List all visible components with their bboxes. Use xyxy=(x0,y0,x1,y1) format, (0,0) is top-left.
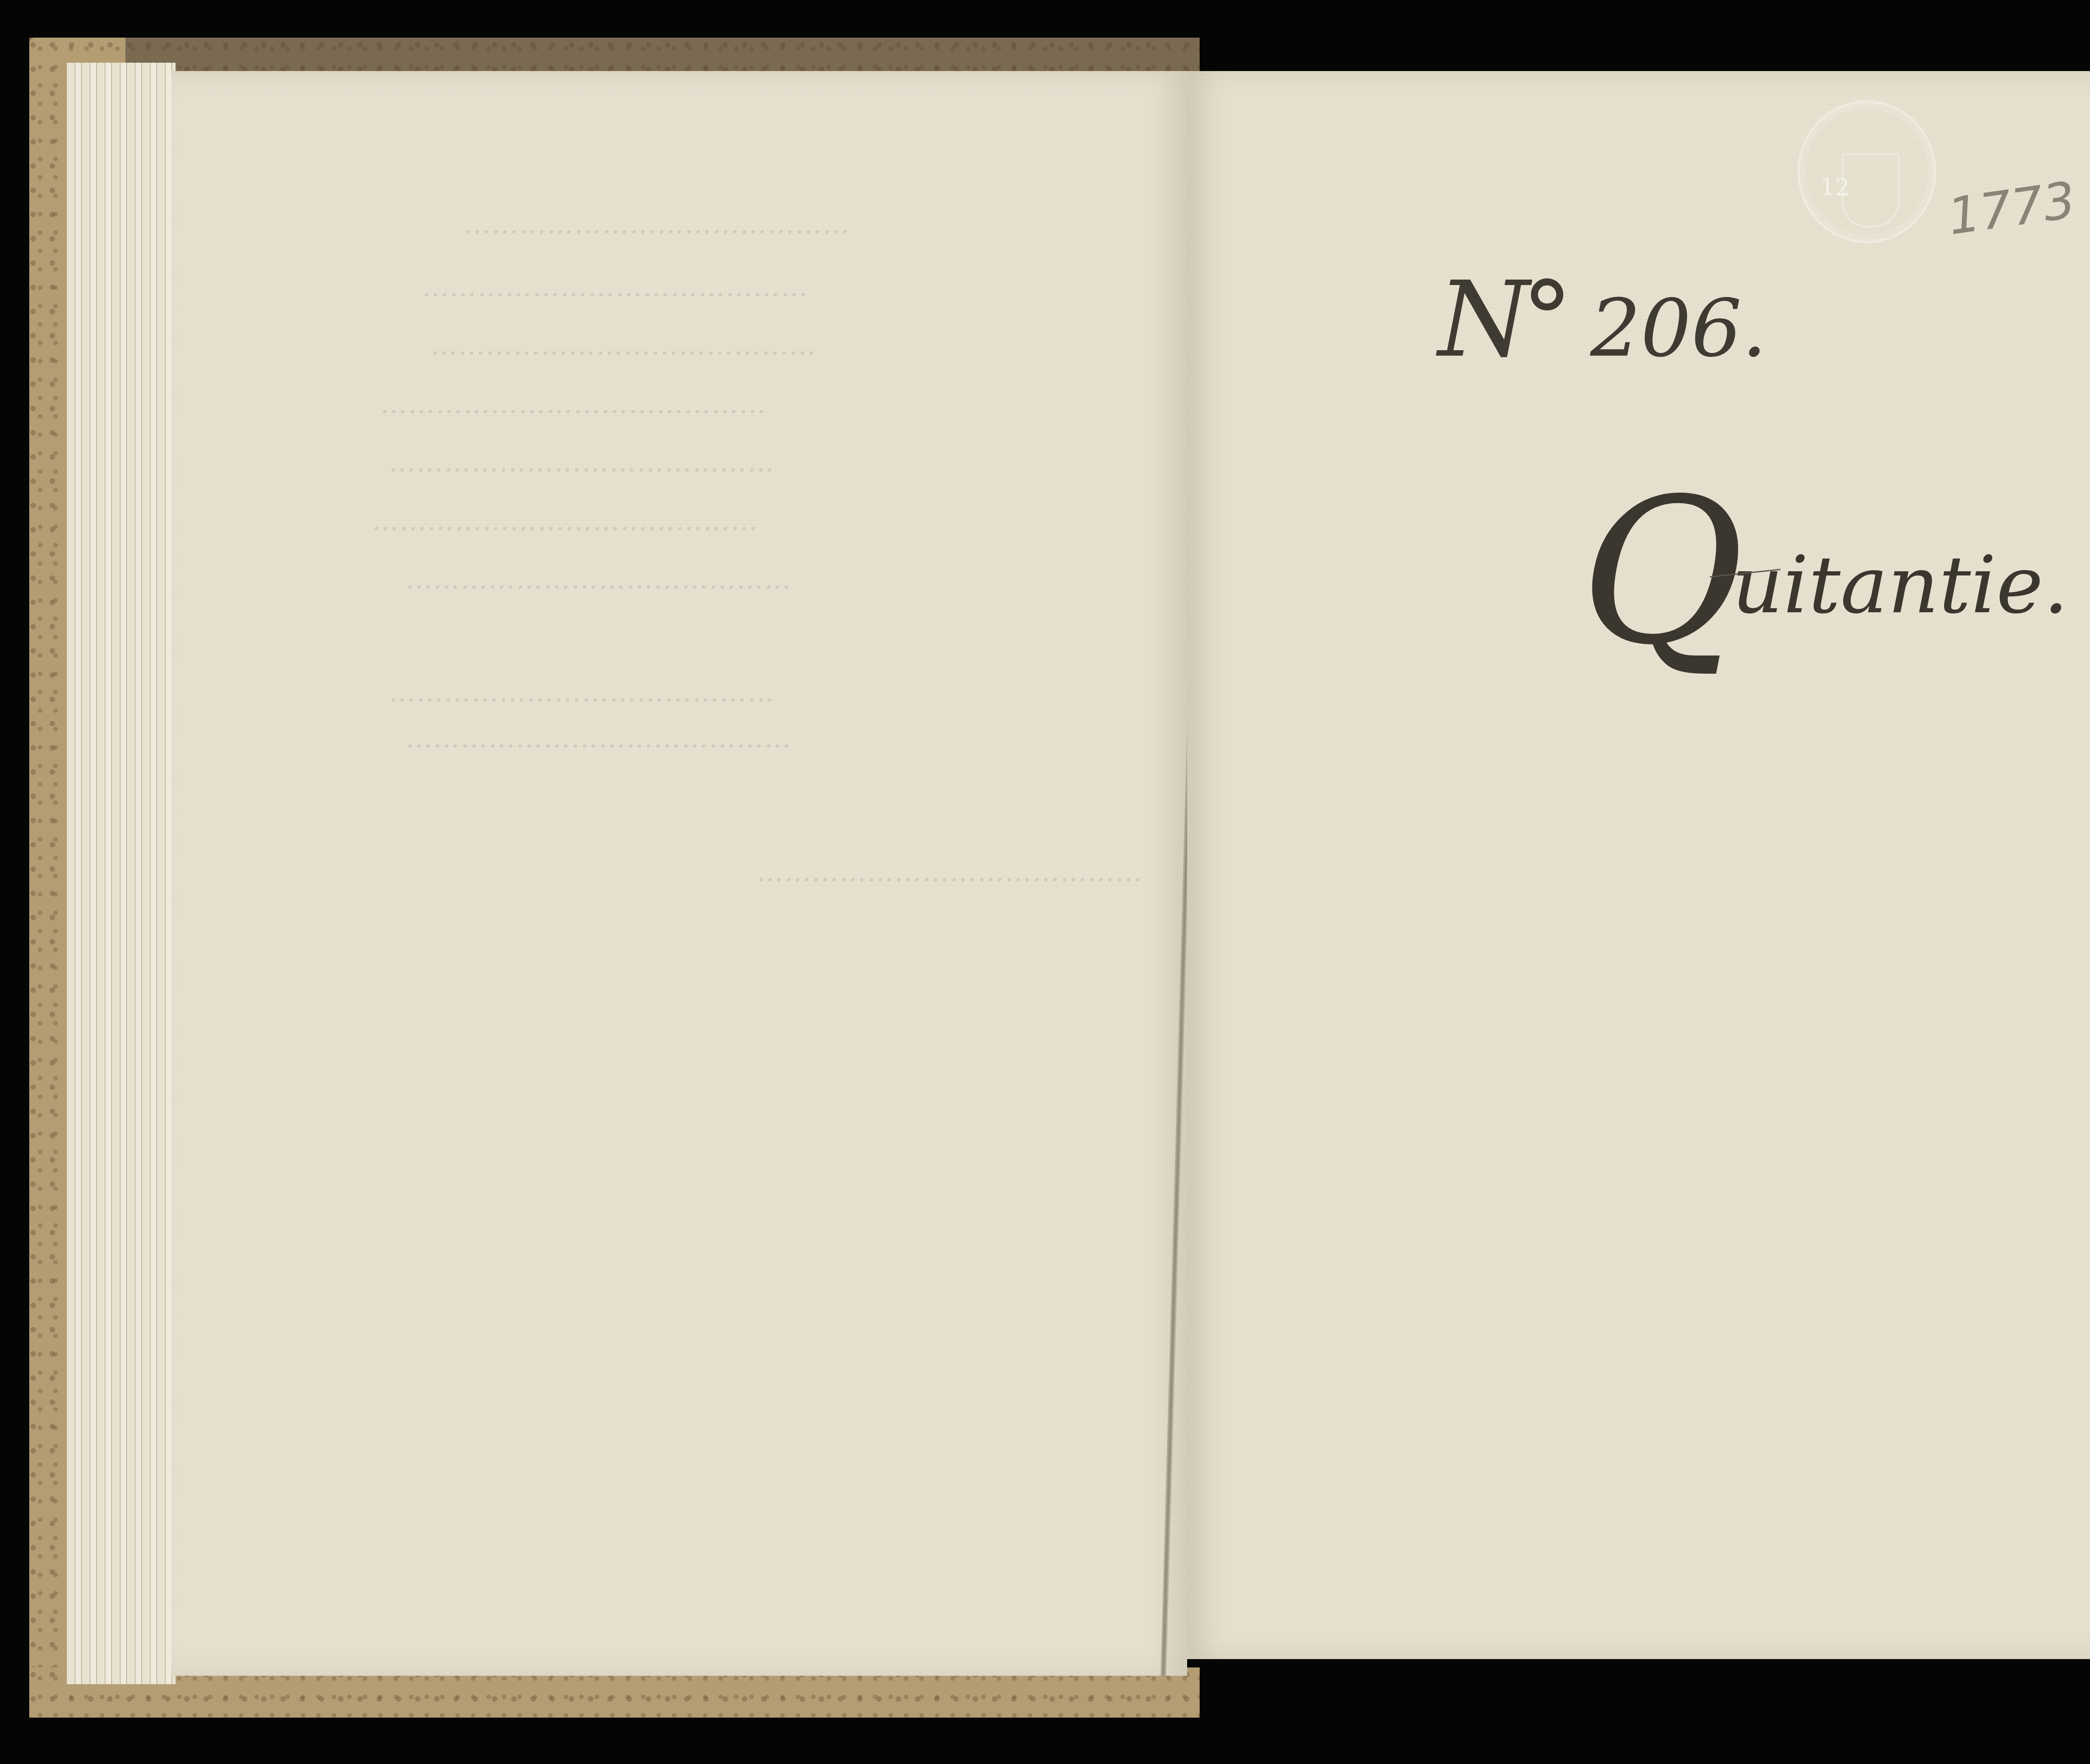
seal-shield-icon xyxy=(1842,153,1899,227)
bleed-through-line: …………………………………… xyxy=(372,506,758,537)
document-title: Quitantie. xyxy=(1580,443,2069,644)
left-page: …………………………………… …………………………………… …………………………… xyxy=(171,71,1187,1676)
seal-number: 12 xyxy=(1820,174,1850,201)
document-number: N° 206. xyxy=(1438,267,1767,372)
number-value: 206. xyxy=(1590,282,1767,374)
title-initial: Q xyxy=(1580,456,1745,689)
bleed-through-line: …………………………………… xyxy=(464,209,850,240)
bleed-through-line: …………………………………… xyxy=(389,677,775,708)
bleed-through-line: …………………………………… xyxy=(405,723,792,754)
bleed-through-line: …………………………………… xyxy=(422,272,808,303)
bleed-through-line: …………………………………… xyxy=(380,389,767,420)
binding-top-edge xyxy=(29,38,1200,75)
bleed-through-line: …………………………………… xyxy=(405,564,792,595)
title-rest: uitantie. xyxy=(1732,539,2069,631)
bleed-through-line: …………………………………… xyxy=(757,857,1143,888)
left-page-stack-edges xyxy=(67,63,176,1684)
number-label: N° xyxy=(1438,259,1565,380)
bleed-through-line: …………………………………… xyxy=(431,330,817,361)
embossed-seal-icon: 12 xyxy=(1797,100,1936,243)
bleed-through-line: …………………………………… xyxy=(389,447,775,478)
